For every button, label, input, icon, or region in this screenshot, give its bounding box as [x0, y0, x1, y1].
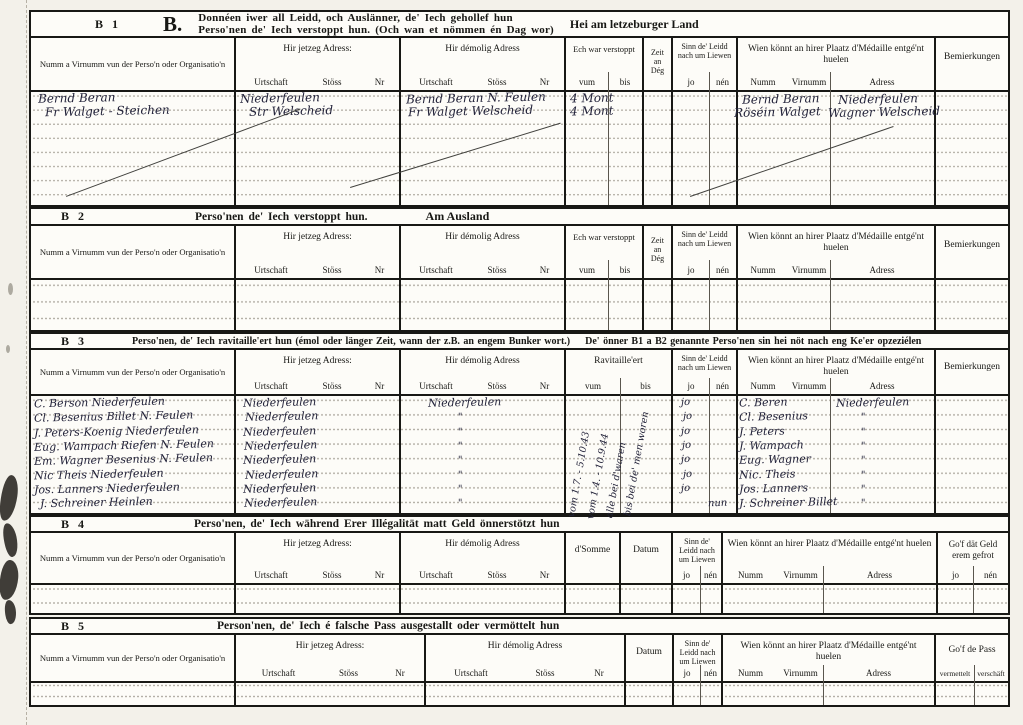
- section-b3-title-band: B 3 Perso'nen, de' Iech ravitaille'ert h…: [31, 334, 1008, 350]
- ink-stain: [0, 559, 20, 600]
- section-b5: B 5 Person'nen, de' Iech é falsche Pass …: [29, 617, 1010, 707]
- section-title-right: Hei am letzeburger Land: [570, 17, 699, 32]
- virnumm-adress-divider: [830, 72, 831, 205]
- adress-label: Adress: [823, 668, 934, 678]
- ink-speck: [8, 283, 13, 295]
- jetzeg-label: Hir jetzeg Adress:: [236, 232, 399, 243]
- col-liewen: Sinn de' Leidd nach um Liewen jonén: [673, 38, 738, 205]
- urtschaft-label: Urtschaft: [236, 265, 306, 275]
- col-medaille: Wien könnt an hirer Plaatz d'Médaille en…: [723, 533, 938, 613]
- virnumm-adress-divider: [830, 260, 831, 330]
- section-b2-title-band: B 2 Perso'nen de' Iech verstoppt hun. Am…: [31, 209, 1008, 226]
- col-name: Numm a Virnumm vun der Perso'n oder Orga…: [31, 226, 236, 330]
- virnumm-label: Virnumm: [788, 265, 830, 275]
- col-zeit: Zeit an Dég: [644, 226, 673, 330]
- virnumm-label: Virnumm: [788, 381, 830, 391]
- jetzeg-label: Hir jetzeg Adress:: [236, 44, 399, 55]
- nr-label: Nr: [523, 265, 566, 275]
- adress-label: Adress: [823, 570, 936, 580]
- nr-label: Nr: [523, 77, 566, 87]
- nr-label: Nr: [523, 381, 566, 391]
- col-verstoppt: Ech war verstoppt vumbis: [566, 38, 644, 205]
- nr-label: Nr: [358, 265, 401, 275]
- demolig-label: Hir démolig Adress: [401, 539, 564, 550]
- section-title-right: Am Ausland: [426, 209, 490, 224]
- section-id: B 1: [95, 17, 121, 32]
- col-name: Numm a Virnumm vun der Perso'n oder Orga…: [31, 38, 236, 205]
- bemierkungen-label: Bemierkungen: [936, 240, 1008, 251]
- col-medaille: Wien könnt an hirer Plaatz d'Médaille en…: [723, 635, 936, 705]
- col-liewen: Sinn de' Leidd nach um Liewen jonén: [673, 350, 738, 513]
- jo-nen-divider: [700, 665, 701, 705]
- col-bemierkungen: Bemierkungen: [936, 226, 1008, 330]
- section-id: B 3: [61, 334, 87, 349]
- col-jetzeg-adress: Hir jetzeg Adress: UrtschaftStössNr: [236, 635, 426, 705]
- col-demolig-adress: Hir démolig Adress UrtschaftStössNr: [401, 38, 566, 205]
- virnumm-adress-divider: [823, 665, 824, 705]
- liewen-label: Sinn de' Leidd nach um Liewen: [673, 230, 736, 248]
- vum-bis-divider: [608, 72, 609, 205]
- medaille-label: Wien könnt an hirer Plaatz d'Médaille en…: [738, 44, 934, 66]
- medaille-label: Wien könnt an hirer Plaatz d'Médaille en…: [738, 356, 934, 378]
- urtschaft-label: Urtschaft: [401, 265, 471, 275]
- bemierkungen-label: Bemierkungen: [936, 52, 1008, 63]
- nen-label: nén: [700, 668, 721, 678]
- numm-label: Numm: [738, 381, 788, 391]
- col-name-label: Numm a Virnumm vun der Perso'n oder Orga…: [31, 226, 234, 278]
- jo-nen-divider: [709, 260, 710, 330]
- virnumm-label: Virnumm: [778, 570, 823, 580]
- col-gof-geld: Go'f dät Geld erem gefrot jonén: [938, 533, 1008, 613]
- demolig-label: Hir démolig Adress: [401, 232, 564, 243]
- numm-label: Numm: [738, 77, 788, 87]
- vum-label: vum: [566, 77, 608, 87]
- col-name: Numm a Virnumm vun der Perso'n oder Orga…: [31, 533, 236, 613]
- section-title: Perso'nen de' Iech verstoppt hun.: [195, 211, 368, 223]
- stoss-label: Stöss: [516, 668, 574, 678]
- col-demolig-adress: Hir démolig Adress UrtschaftStössNr: [401, 350, 566, 513]
- adress-label: Adress: [830, 381, 934, 391]
- stoss-label: Stöss: [321, 668, 376, 678]
- urtschaft-label: Urtschaft: [401, 570, 471, 580]
- zeit-label: Zeit an Dég: [644, 236, 671, 263]
- nr-label: Nr: [358, 77, 401, 87]
- stoss-label: Stöss: [471, 265, 523, 275]
- urtschaft-label: Urtschaft: [236, 381, 306, 391]
- section-b4: B 4 Perso'nen, de' Iech während Erer Ill…: [29, 515, 1010, 615]
- jo-label: jo: [673, 265, 709, 275]
- bis-label: bis: [608, 265, 642, 275]
- col-jetzeg-adress: Hir jetzeg Adress: UrtschaftStössNr: [236, 226, 401, 330]
- numm-label: Numm: [723, 668, 778, 678]
- section-title: Donnéen iwer all Leidd, och Auslänner, d…: [198, 12, 554, 36]
- ink-stain: [1, 522, 21, 558]
- form-letter: B.: [163, 14, 182, 34]
- vermettelt-label: vermettelt: [936, 669, 974, 678]
- urtschaft-label: Urtschaft: [401, 381, 471, 391]
- nen-label: nén: [709, 77, 736, 87]
- nen-label: nén: [700, 570, 721, 580]
- scanned-form-page: { "colors":{"ink":"#181815","handwriting…: [0, 0, 1023, 725]
- jo-label: jo: [938, 570, 973, 580]
- stoss-label: Stöss: [306, 570, 358, 580]
- col-zeit: Zeit an Dég: [644, 38, 673, 205]
- virnumm-label: Virnumm: [778, 668, 823, 678]
- section-b4-title-band: B 4 Perso'nen, de' Iech während Erer Ill…: [31, 517, 1008, 533]
- jetzeg-label: Hir jetzeg Adress:: [236, 539, 399, 550]
- jo-nen-divider: [700, 566, 701, 613]
- section-title-line2: Perso'nen de' Iech verstoppt hun. (Och w…: [198, 24, 554, 36]
- nr-label: Nr: [523, 570, 566, 580]
- urtschaft-label: Urtschaft: [236, 668, 321, 678]
- liewen-label: Sinn de' Leidd nach um Liewen: [673, 354, 736, 372]
- vum-bis-divider: [620, 378, 621, 513]
- demolig-label: Hir démolig Adress: [426, 641, 624, 652]
- medaille-label: Wien könnt an hirer Plaatz d'Médaille en…: [738, 232, 934, 254]
- col-name-label: Numm a Virnumm vun der Perso'n oder Orga…: [31, 350, 234, 394]
- jo-label: jo: [673, 570, 700, 580]
- vermettelt-verschaft-divider: [974, 665, 975, 705]
- col-gof-pass: Go'f de Pass vermetteltverschäft: [936, 635, 1008, 705]
- vum-label: vum: [566, 381, 620, 391]
- demolig-label: Hir démolig Adress: [401, 44, 564, 55]
- section-b3: B 3 Perso'nen, de' Iech ravitaille'ert h…: [29, 332, 1010, 515]
- section-title-line1: Donnéen iwer all Leidd, och Auslänner, d…: [198, 12, 554, 24]
- jetzeg-label: Hir jetzeg Adress:: [236, 641, 424, 652]
- jo-nen-divider: [709, 378, 710, 513]
- jo-nen-divider: [973, 566, 974, 613]
- nr-label: Nr: [376, 668, 424, 678]
- stoss-label: Stöss: [306, 381, 358, 391]
- col-name: Numm a Virnumm vun der Perso'n oder Orga…: [31, 350, 236, 513]
- jo-label: jo: [673, 381, 709, 391]
- ravitailleert-label: Ravitaille'ert: [566, 356, 671, 367]
- stoss-label: Stöss: [471, 77, 523, 87]
- nen-label: nén: [973, 570, 1008, 580]
- urtschaft-label: Urtschaft: [426, 668, 516, 678]
- col-name-label: Numm a Virnumm vun der Perso'n oder Orga…: [31, 533, 234, 583]
- liewen-label: Sinn de' Leidd nach um Liewen: [673, 42, 736, 60]
- bemierkungen-label: Bemierkungen: [936, 362, 1008, 373]
- section-b1: B 1 B. Donnéen iwer all Leidd, och Auslä…: [29, 10, 1010, 207]
- virnumm-adress-divider: [823, 566, 824, 613]
- liewen-label: Sinn de' Leidd nach um Liewen: [673, 537, 721, 564]
- col-somme: d'Somme: [566, 533, 621, 613]
- col-name-label: Numm a Virnumm vun der Perso'n oder Orga…: [31, 38, 234, 90]
- col-bemierkungen: Bemierkungen: [936, 350, 1008, 513]
- verstoppt-label: Ech war verstoppt: [566, 44, 642, 55]
- stoss-label: Stöss: [306, 77, 358, 87]
- section-title: Perso'nen, de' Iech ravitaille'ert hun (…: [132, 336, 570, 347]
- nen-label: nén: [709, 381, 736, 391]
- ink-speck: [6, 345, 10, 353]
- gof-geld-label: Go'f dät Geld erem gefrot: [938, 539, 1008, 561]
- jo-nen-divider: [709, 72, 710, 205]
- col-jetzeg-adress: Hir jetzeg Adress: UrtschaftStössNr: [236, 350, 401, 513]
- verstoppt-label: Ech war verstoppt: [566, 232, 642, 243]
- jo-label: jo: [673, 77, 709, 87]
- section-b2: B 2 Perso'nen de' Iech verstoppt hun. Am…: [29, 207, 1010, 332]
- numm-label: Numm: [723, 570, 778, 580]
- stoss-label: Stöss: [306, 265, 358, 275]
- zeit-label: Zeit an Dég: [644, 48, 671, 75]
- demolig-label: Hir démolig Adress: [401, 356, 564, 367]
- col-liewen: Sinn de' Leidd nach um Liewen jonén: [673, 533, 723, 613]
- adress-label: Adress: [830, 77, 934, 87]
- virnumm-adress-divider: [830, 378, 831, 513]
- col-datum: Datum: [621, 533, 673, 613]
- adress-label: Adress: [830, 265, 934, 275]
- medaille-label: Wien könnt an hirer Plaatz d'Médaille en…: [723, 539, 936, 550]
- ink-stain: [3, 599, 17, 624]
- col-bemierkungen: Bemierkungen: [936, 38, 1008, 205]
- verschaft-label: verschäft: [974, 669, 1008, 678]
- bis-label: bis: [608, 77, 642, 87]
- section-title-right: De' önner B1 a B2 genannte Perso'nen sin…: [585, 336, 921, 347]
- section-title: Person'nen, de' Iech é falsche Pass ausg…: [217, 620, 559, 632]
- col-demolig-adress: Hir démolig Adress UrtschaftStössNr: [426, 635, 626, 705]
- section-id: B 5: [61, 619, 87, 634]
- urtschaft-label: Urtschaft: [236, 570, 306, 580]
- section-b1-title-band: B 1 B. Donnéen iwer all Leidd, och Auslä…: [31, 12, 1008, 38]
- urtschaft-label: Urtschaft: [401, 77, 471, 87]
- stoss-label: Stöss: [471, 570, 523, 580]
- jetzeg-label: Hir jetzeg Adress:: [236, 356, 399, 367]
- section-id: B 2: [61, 209, 87, 224]
- urtschaft-label: Urtschaft: [236, 77, 306, 87]
- col-ravitailleert: Ravitaille'ert vumbis: [566, 350, 673, 513]
- col-medaille: Wien könnt an hirer Plaatz d'Médaille en…: [738, 226, 936, 330]
- page-binding-edge: [26, 0, 27, 725]
- col-jetzeg-adress: Hir jetzeg Adress: UrtschaftStössNr: [236, 533, 401, 613]
- section-b5-title-band: B 5 Person'nen, de' Iech é falsche Pass …: [31, 619, 1008, 635]
- ink-stain: [0, 474, 20, 522]
- section-id: B 4: [61, 517, 87, 532]
- col-name: Numm a Virnumm vun der Perso'n oder Orga…: [31, 635, 236, 705]
- nr-label: Nr: [358, 570, 401, 580]
- nr-label: Nr: [574, 668, 624, 678]
- datum-label: Datum: [626, 647, 672, 658]
- col-liewen: Sinn de' Leidd nach um Liewen jonén: [673, 226, 738, 330]
- bis-label: bis: [620, 381, 671, 391]
- virnumm-label: Virnumm: [788, 77, 830, 87]
- col-demolig-adress: Hir démolig Adress UrtschaftStössNr: [401, 533, 566, 613]
- liewen-label: Sinn de' Leidd nach um Liewen: [674, 639, 721, 666]
- datum-label: Datum: [621, 545, 671, 556]
- numm-label: Numm: [738, 265, 788, 275]
- vum-bis-divider: [608, 260, 609, 330]
- vum-label: vum: [566, 265, 608, 275]
- medaille-label: Wien könnt an hirer Plaatz d'Médaille en…: [723, 641, 934, 663]
- col-datum: Datum: [626, 635, 674, 705]
- col-medaille: Wien könnt an hirer Plaatz d'Médaille en…: [738, 38, 936, 205]
- section-title: Perso'nen, de' Iech während Erer Illégal…: [194, 518, 560, 530]
- stoss-label: Stöss: [471, 381, 523, 391]
- gof-pass-label: Go'f de Pass: [936, 645, 1008, 656]
- col-verstoppt: Ech war verstoppt vumbis: [566, 226, 644, 330]
- col-name-label: Numm a Virnumm vun der Perso'n oder Orga…: [31, 635, 234, 681]
- nr-label: Nr: [358, 381, 401, 391]
- col-demolig-adress: Hir démolig Adress UrtschaftStössNr: [401, 226, 566, 330]
- somme-label: d'Somme: [566, 545, 619, 556]
- jo-label: jo: [674, 668, 700, 678]
- nen-label: nén: [709, 265, 736, 275]
- col-liewen: Sinn de' Leidd nach um Liewen jonén: [674, 635, 723, 705]
- col-medaille: Wien könnt an hirer Plaatz d'Médaille en…: [738, 350, 936, 513]
- col-jetzeg-adress: Hir jetzeg Adress: UrtschaftStössNr: [236, 38, 401, 205]
